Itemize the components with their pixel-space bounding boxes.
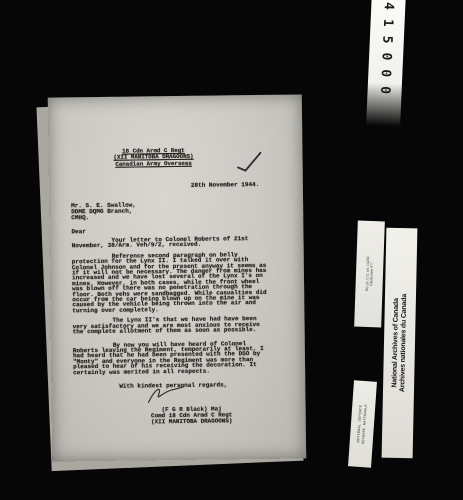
signature-unit: (XII MANITOBA DRAGOONS) [117, 418, 267, 426]
recipient-hq: CMHQ. [71, 214, 136, 221]
film-frame-counter-strip: 415000 [366, 0, 406, 127]
signature-icon [143, 384, 189, 407]
checkmark-icon [233, 149, 266, 176]
national-archives-strip: National Archives of Canada Archives nat… [382, 228, 418, 459]
national-defence-strip: NATIONAL DEFENCE DEFENSE NATIONALE [348, 380, 377, 467]
paragraph-reference: Your letter to Colonel Roberts of 21st N… [72, 236, 272, 249]
archives-label-french: Archives nationales du Canada [398, 294, 408, 392]
archive-reference-line2: File/dossier 977 [369, 257, 375, 292]
paragraph-lynx-allotment: The Lynx II's that we have had have been… [72, 316, 272, 335]
letterhead-army: Canadian Army Overseas [84, 160, 224, 168]
archive-reference-label: RG 24, C-2, vol. 14299 File/dossier 977 [364, 257, 374, 292]
salutation: Dear [71, 228, 85, 235]
letterhead: 18 Cdn Armd C Regt (XII MANITOBA DRAGOON… [83, 147, 223, 168]
national-defence-label: NATIONAL DEFENCE DEFENSE NATIONALE [357, 404, 369, 445]
microfilm-scan-background: 18 Cdn Armd C Regt (XII MANITOBA DRAGOON… [0, 0, 463, 500]
recipient-address: Mr. S. E. Swallow, DDME DQMG Branch, CMH… [71, 202, 136, 220]
letter-page: 18 Cdn Armd C Regt (XII MANITOBA DRAGOON… [48, 94, 306, 461]
paragraph-belly-protection: Reference second paragraph on belly prot… [72, 252, 273, 314]
archive-reference-strip: RG 24, C-2, vol. 14299 File/dossier 977 [354, 221, 385, 328]
letter-date: 28th November 1944. [191, 181, 260, 189]
national-archives-label: National Archives of Canada Archives nat… [391, 294, 409, 392]
signature-block: (F G R Black) Maj Comd 18 Cdn Armd C Reg… [117, 406, 267, 426]
letter-body: Your letter to Colonel Roberts of 21st N… [72, 236, 274, 390]
film-counter-digits: 415000 [376, 2, 396, 127]
paragraph-colonel-roberts: By now you will have heard of Colonel Ro… [73, 340, 273, 375]
